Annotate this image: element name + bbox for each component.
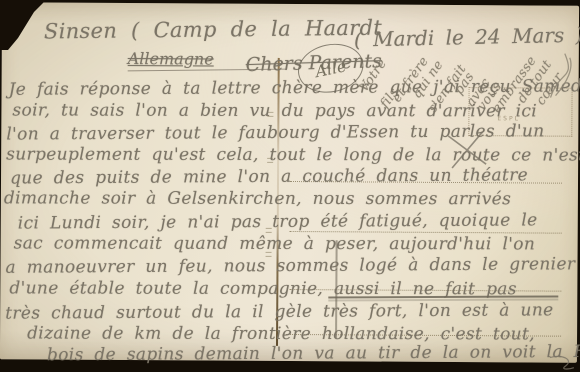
- postcard-paper: ESPL Sinsen ( Camp de la Haardt ( Mardi …: [0, 2, 579, 363]
- handwritten-line: sac commencait quand même à peser, aujou…: [14, 233, 536, 254]
- handwritten-line: dizaine de km de la frontière hollandais…: [27, 324, 535, 345]
- handwritten-line: très chaud surtout du la il gèle très fo…: [5, 300, 553, 323]
- x-cross-mark: [447, 131, 487, 169]
- handwritten-line: ici Lundi soir, je n'ai pas trop été fat…: [18, 210, 538, 233]
- end-flourish: [548, 354, 576, 372]
- handwritten-line: a manoeuvrer un feu, nous sommes logé à …: [5, 254, 575, 277]
- dateline-date: ( Mardi le 24 Mars ): [354, 23, 580, 52]
- handwritten-line: surpeuplement qu'est cela, tout le long …: [6, 145, 580, 166]
- dateline-place: Sinsen ( Camp de la Haardt: [44, 16, 382, 44]
- country-word-struck: Allemagne: [128, 49, 214, 69]
- postcard-photo: { "postcard": { "dateline_left": "Sinsen…: [0, 0, 580, 372]
- handwritten-line: bois de sapins demain l'on va au tir de …: [47, 342, 580, 366]
- circled-annotation-text: Alle: [313, 56, 347, 81]
- handwritten-line: dimanche soir à Gelsenkirchen, nous somm…: [4, 188, 511, 209]
- signature-flourish: [547, 48, 579, 102]
- handwritten-line: Je fais réponse à ta lettre chère mère q…: [9, 76, 580, 100]
- handwritten-line: soir, tu sais l'on a bien vu du pays ava…: [12, 100, 537, 121]
